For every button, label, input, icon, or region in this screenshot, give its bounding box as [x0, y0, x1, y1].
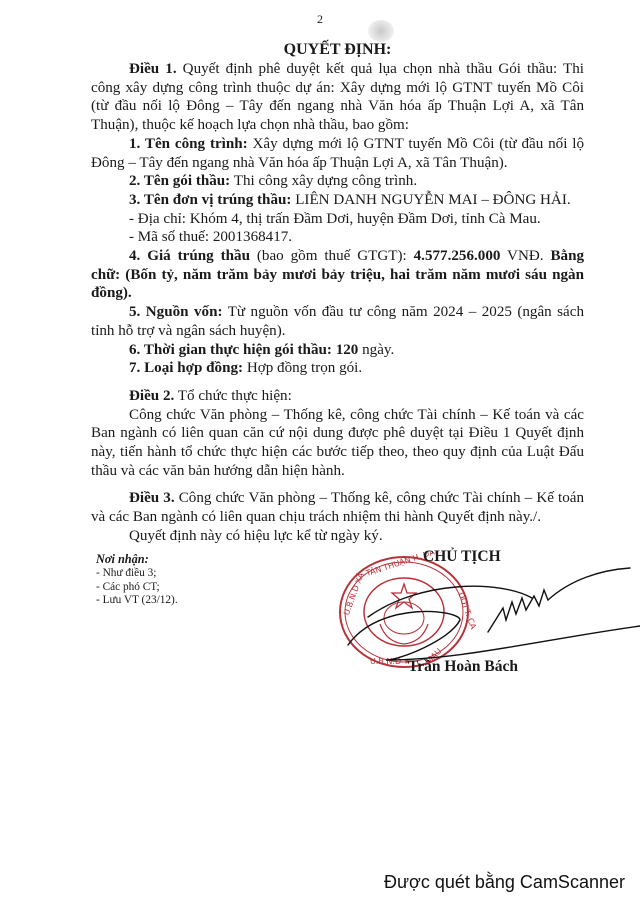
- article-1-label: Điều 1.: [129, 61, 177, 77]
- page-number: 2: [0, 12, 640, 27]
- item-1-label: 1. Tên công trình:: [129, 136, 248, 152]
- article-1: Điều 1. Quyết định phê duyệt kết quả lụa…: [91, 60, 584, 135]
- document-body: QUYẾT ĐỊNH: Điều 1. Quyết định phê duyệt…: [91, 40, 584, 546]
- item-3-text: LIÊN DANH NGUYỄN MAI – ĐÔNG HẢI.: [291, 192, 570, 208]
- contractor-address: - Địa chỉ: Khóm 4, thị trấn Đầm Dơi, huy…: [91, 210, 584, 229]
- item-4-price: 4. Giá trúng thầu (bao gồm thuế GTGT): 4…: [91, 247, 584, 303]
- price-currency: VNĐ.: [500, 248, 550, 264]
- article-2: Điều 2. Tổ chức thực hiện:: [91, 387, 584, 406]
- signatory-name: Trần Hoàn Bách: [408, 658, 518, 676]
- contractor-tax-code: - Mã số thuế: 2001368417.: [91, 228, 584, 247]
- recipient-item: - Như điều 3;: [96, 567, 178, 580]
- article-2-text: Tổ chức thực hiện:: [174, 388, 292, 404]
- item-3: 3. Tên đơn vị trúng thầu: LIÊN DANH NGUY…: [91, 191, 584, 210]
- article-3-label: Điều 3.: [129, 490, 175, 506]
- duration-unit: ngày.: [358, 342, 394, 358]
- price-amount: 4.577.256.000: [414, 248, 501, 264]
- article-2-label: Điều 2.: [129, 388, 174, 404]
- camscanner-watermark: Được quét bằng CamScanner: [384, 872, 625, 893]
- item-2-label: 2. Tên gói thầu:: [129, 173, 230, 189]
- article-3: Điều 3. Công chức Văn phòng – Thống kê, …: [91, 489, 584, 526]
- scan-smudge: [368, 20, 394, 42]
- contract-type-text: Hợp đồng trọn gói.: [243, 360, 362, 376]
- item-5-funding: 5. Nguồn vốn: Từ nguồn vốn đầu tư công n…: [91, 303, 584, 340]
- recipients-block: Nơi nhận: - Như điều 3; - Các phó CT; - …: [96, 553, 178, 607]
- price-label: 4. Giá trúng thầu: [129, 248, 250, 264]
- recipient-item: - Các phó CT;: [96, 581, 178, 594]
- signatory-position: CHỦ TỊCH: [423, 548, 501, 566]
- duration-value: 120: [332, 342, 358, 358]
- recipients-heading: Nơi nhận:: [96, 553, 178, 566]
- recipient-item: - Lưu VT (23/12).: [96, 594, 178, 607]
- contract-type-label: 7. Loại hợp đồng:: [129, 360, 243, 376]
- funding-label: 5. Nguồn vốn:: [129, 304, 223, 320]
- duration-label: 6. Thời gian thực hiện gói thầu:: [129, 342, 332, 358]
- item-7-contract-type: 7. Loại hợp đồng: Hợp đồng trọn gói.: [91, 359, 584, 378]
- effective-clause: Quyết định này có hiệu lực kể từ ngày ký…: [91, 527, 584, 546]
- signature-icon: [340, 560, 640, 670]
- item-3-label: 3. Tên đơn vị trúng thầu:: [129, 192, 291, 208]
- article-2-body: Công chức Văn phòng – Thống kê, công chứ…: [91, 406, 584, 481]
- price-note: (bao gồm thuế GTGT):: [250, 248, 414, 264]
- item-6-duration: 6. Thời gian thực hiện gói thầu: 120 ngà…: [91, 341, 584, 360]
- item-2: 2. Tên gói thầu: Thi công xây dựng công …: [91, 172, 584, 191]
- document-title: QUYẾT ĐỊNH:: [91, 40, 584, 60]
- item-1: 1. Tên công trình: Xây dựng mới lộ GTNT …: [91, 135, 584, 172]
- item-2-text: Thi công xây dựng công trình.: [230, 173, 417, 189]
